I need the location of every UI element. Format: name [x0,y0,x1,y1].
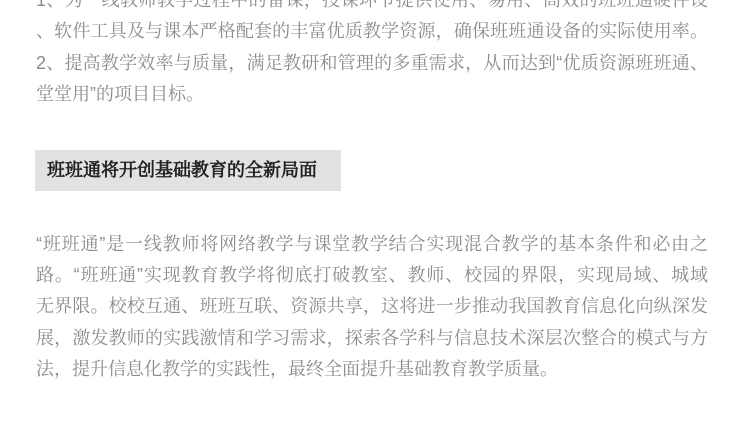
section-heading: 班班通将开创基础教育的全新局面 [47,160,317,180]
body-paragraph-block: “班班通”是一线教师将网络教学与课堂教学结合实现混合教学的基本条件和必由之 路。… [36,229,708,386]
intro-line-4: 堂堂用”的项目目标。 [36,79,708,110]
document-page: 1、为一线教师教学过程中的备课，授课环节提供使用、易用、高效的班班通硬件设备 、… [0,0,750,428]
numbered-list-block: 1、为一线教师教学过程中的备课，授课环节提供使用、易用、高效的班班通硬件设备 、… [36,0,708,111]
paragraph-line-4: 展，激发教师的实践激情和学习需求，探索各学科与信息技术深层次整合的模式与方 [36,323,708,354]
intro-line-3: 2、提高教学效率与质量，满足教研和管理的多重需求，从而达到“优质资源班班通、 [36,48,708,79]
article-content: 1、为一线教师教学过程中的备课，授课环节提供使用、易用、高效的班班通硬件设备 、… [0,0,750,386]
paragraph-line-2: 路。“班班通”实现教育教学将彻底打破教室、教师、校园的界限，实现局域、城域 [36,260,708,291]
section-heading-box: 班班通将开创基础教育的全新局面 [35,150,341,191]
paragraph-line-5: 法，提升信息化教学的实践性，最终全面提升基础教育教学质量。 [36,354,708,385]
intro-line-1: 1、为一线教师教学过程中的备课，授课环节提供使用、易用、高效的班班通硬件设备 [36,0,708,16]
paragraph-line-1: “班班通”是一线教师将网络教学与课堂教学结合实现混合教学的基本条件和必由之 [36,229,708,260]
intro-line-2: 、软件工具及与课本严格配套的丰富优质教学资源，确保班班通设备的实际使用率。 [36,16,708,47]
paragraph-line-3: 无界限。校校互通、班班互联、资源共享，这将进一步推动我国教育信息化向纵深发 [36,291,708,322]
